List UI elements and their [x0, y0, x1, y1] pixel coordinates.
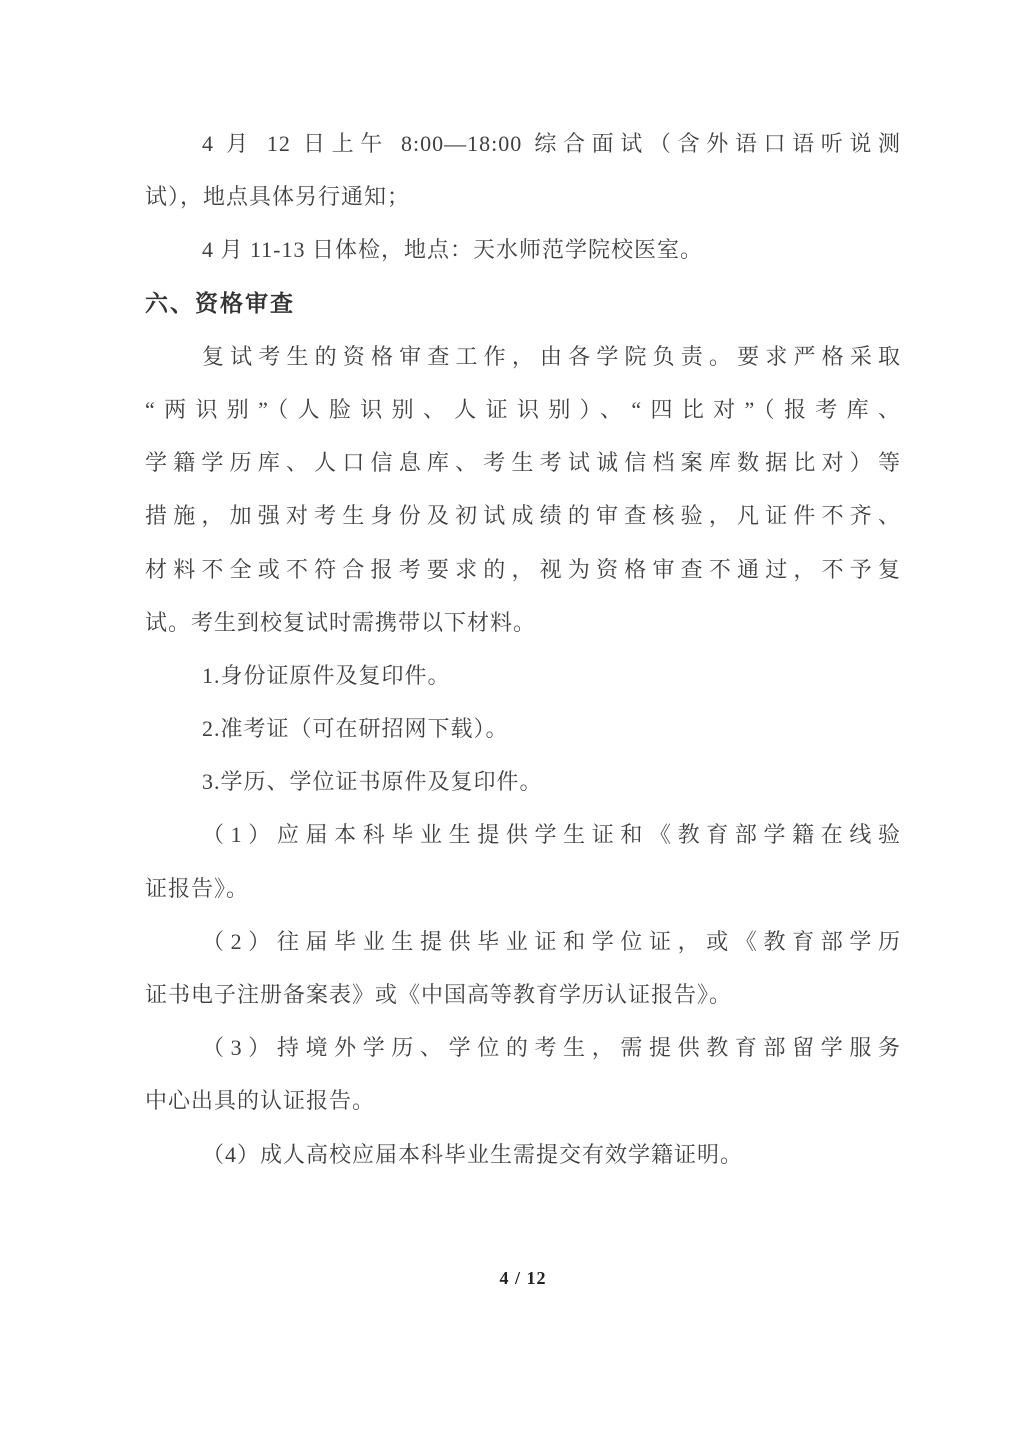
text-line: 3.学历、学位证书原件及复印件。 — [145, 755, 901, 808]
text-line: 试），地点具体另行通知； — [145, 170, 901, 223]
text-line: 中心出具的认证报告。 — [145, 1074, 901, 1127]
text-line: 2.准考证（可在研招网下载）。 — [145, 702, 901, 755]
text-line: 复试考生的资格审查工作，由各学院负责。要求严格采取 — [145, 330, 901, 383]
document-page: 4 月 12 日上午 8:00—18:00 综合面试（含外语口语听说测试），地点… — [0, 0, 1024, 1448]
text-line: 4 月 12 日上午 8:00—18:00 综合面试（含外语口语听说测 — [145, 117, 901, 170]
text-line: （4）成人高校应届本科毕业生需提交有效学籍证明。 — [145, 1128, 901, 1181]
text-line: 试。考生到校复试时需携带以下材料。 — [145, 596, 901, 649]
document-body: 4 月 12 日上午 8:00—18:00 综合面试（含外语口语听说测试），地点… — [145, 117, 901, 1181]
section-heading: 六、资格审查 — [145, 277, 901, 330]
text-line: 措施，加强对考生身份及初试成绩的审查核验，凡证件不齐、 — [145, 489, 901, 542]
text-line: 1.身份证原件及复印件。 — [145, 649, 901, 702]
page-footer: 4 / 12 — [145, 1268, 901, 1289]
text-line: （3）持境外学历、学位的考生，需提供教育部留学服务 — [145, 1021, 901, 1074]
text-line: 学籍学历库、人口信息库、考生考试诚信档案库数据比对）等 — [145, 436, 901, 489]
page-number: 4 / 12 — [499, 1268, 546, 1288]
text-line: “两识别”（人脸识别、人证识别）、“四比对”（报考库、 — [145, 383, 901, 436]
text-line: 证书电子注册备案表》或《中国高等教育学历认证报告》。 — [145, 968, 901, 1021]
text-line: （2）往届毕业生提供毕业证和学位证，或《教育部学历 — [145, 915, 901, 968]
text-line: 4 月 11-13 日体检，地点：天水师范学院校医室。 — [145, 223, 901, 276]
text-line: （1）应届本科毕业生提供学生证和《教育部学籍在线验 — [145, 808, 901, 861]
text-line: 证报告》。 — [145, 862, 901, 915]
text-line: 材料不全或不符合报考要求的，视为资格审查不通过，不予复 — [145, 543, 901, 596]
